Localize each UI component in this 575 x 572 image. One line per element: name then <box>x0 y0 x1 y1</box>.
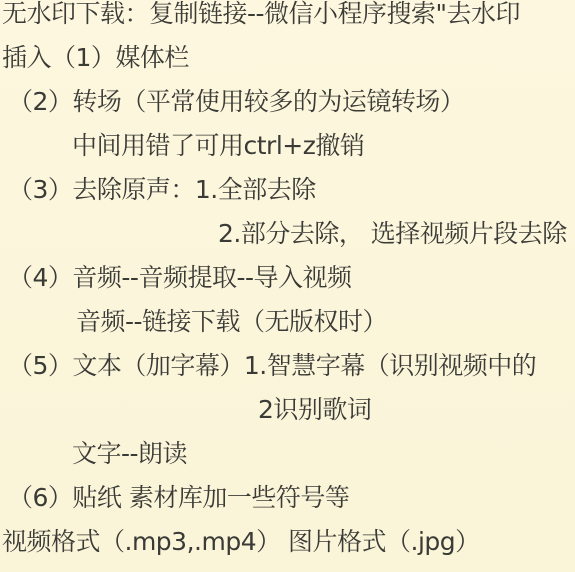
remove-audio-line: （3）去除原声：1.全部去除 <box>8 174 316 206</box>
text-subtitle-line: （5）文本（加字幕）1.智慧字幕（识别视频中的 <box>8 350 536 382</box>
stickers-line: （6）贴纸 素材库加一些符号等 <box>8 482 349 514</box>
audio-extract-line: （4）音频--音频提取--导入视频 <box>8 262 352 294</box>
file-formats-line: 视频格式（.mp3,.mp4） 图片格式（.jpg） <box>2 526 480 558</box>
text-to-speech-line: 文字--朗读 <box>72 438 187 470</box>
remove-audio-partial-line: 2.部分去除， 选择视频片段去除 <box>218 218 567 250</box>
watermark-removal-line: 无水印下载：复制链接--微信小程序搜索"去水印 <box>2 0 520 30</box>
audio-link-download-line: 音频--链接下载（无版权时） <box>76 306 387 338</box>
lyrics-recognition-line: 2识别歌词 <box>258 394 371 426</box>
insert-media-bar-line: 插入（1）媒体栏 <box>2 42 189 74</box>
transition-line: （2）转场（平常使用较多的为运镜转场） <box>8 86 464 118</box>
notes-page: 无水印下载：复制链接--微信小程序搜索"去水印 插入（1）媒体栏 （2）转场（平… <box>0 0 575 572</box>
undo-tip-line: 中间用错了可用ctrl+z撤销 <box>72 130 364 162</box>
